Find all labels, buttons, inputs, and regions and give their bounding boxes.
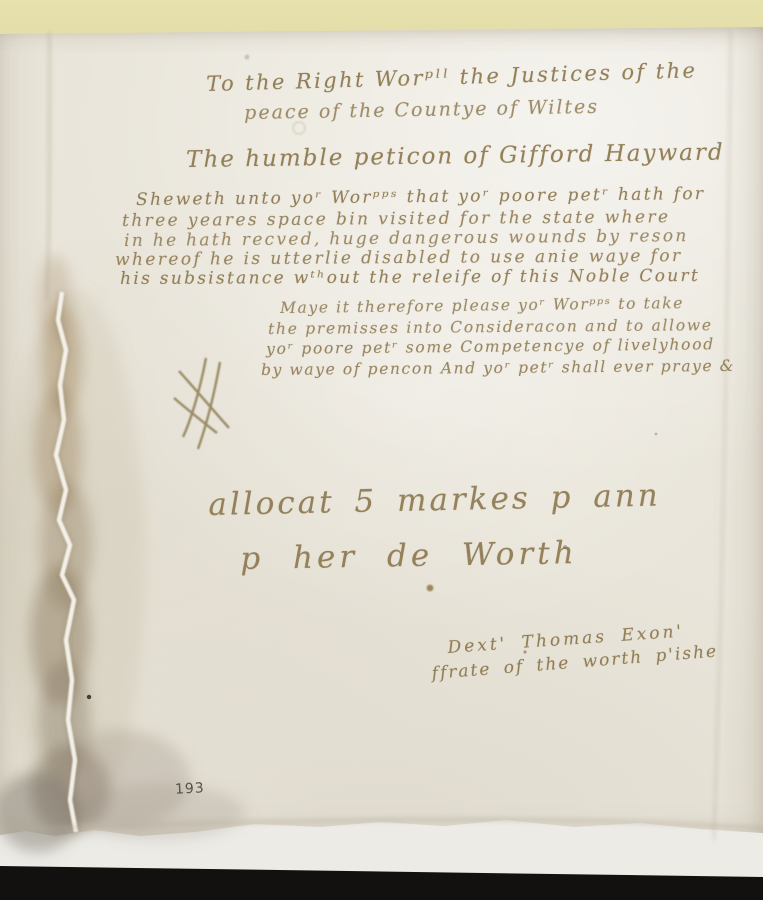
folio-number: 193	[175, 780, 206, 798]
body-line: his subsistance wᵗʰout the releife of th…	[120, 266, 700, 289]
manuscript-photo: To the Right Worᵖˡˡ the Justices of the …	[0, 0, 763, 900]
allowance-note-line: p her de Worth	[240, 535, 578, 577]
